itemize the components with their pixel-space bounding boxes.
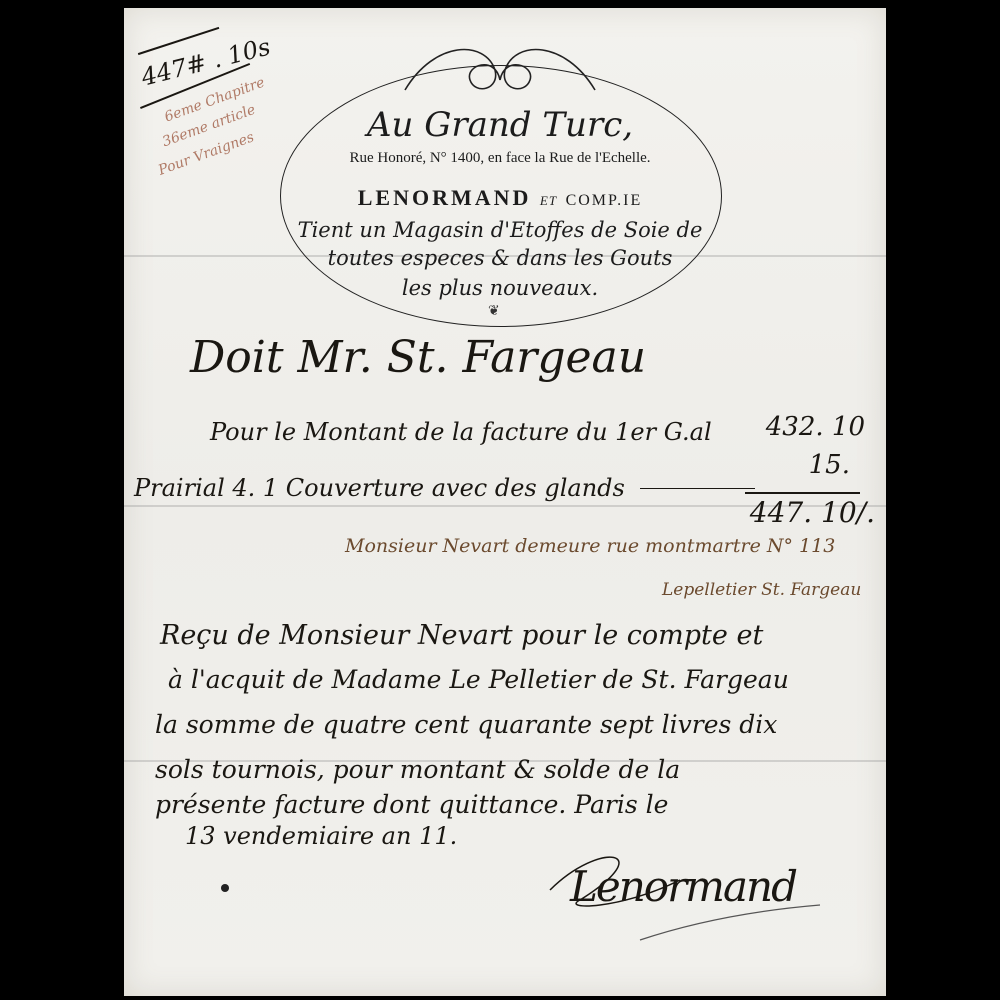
shop-address: Rue Honoré, N° 1400, en face la Rue de l… (280, 150, 720, 167)
debtor-line: Doit Mr. St. Fargeau (190, 332, 646, 383)
shop-name: Au Grand Turc, (280, 105, 720, 145)
leader-line (640, 488, 755, 489)
sum-rule (745, 492, 860, 494)
receipt-line: à l'acquit de Madame Le Pelletier de St.… (168, 665, 789, 694)
receipt-line: 13 vendemiaire an 11. (185, 822, 457, 850)
line-item-description: Pour le Montant de la facture du 1er G.a… (210, 418, 712, 446)
shop-description-line: Tient un Magasin d'Etoffes de Soie de (280, 218, 720, 242)
firm-comp: COMP.IE (566, 192, 643, 209)
payer-note: Monsieur Nevart demeure rue montmartre N… (345, 535, 835, 557)
shop-description-line: toutes especes & dans les Gouts (280, 246, 720, 270)
receipt-line: sols tournois, pour montant & solde de l… (155, 755, 680, 784)
receipt-line: la somme de quatre cent quarante sept li… (155, 710, 777, 739)
receipt-line: présente facture dont quittance. Paris l… (155, 790, 668, 819)
receipt-line: Reçu de Monsieur Nevart pour le compte e… (160, 620, 763, 651)
line-item-amount: 432. 10 (740, 412, 865, 442)
signature-flourish (540, 840, 840, 950)
seal-ornament-icon: ❦ (488, 303, 512, 321)
shop-description-line: les plus nouveaux. (280, 276, 720, 300)
line-item-amount: 15. (740, 450, 850, 480)
invoice-total: 447. 10/. (740, 496, 875, 529)
client-name-note: Lepelletier St. Fargeau (662, 580, 861, 600)
ink-blot (221, 884, 229, 892)
firm-name: LENORMAND ET COMP.IE (280, 185, 720, 211)
line-item-description: Prairial 4. 1 Couverture avec des glands (134, 474, 625, 502)
firm-name-text: LENORMAND (358, 185, 532, 210)
firm-et: ET (540, 193, 557, 208)
